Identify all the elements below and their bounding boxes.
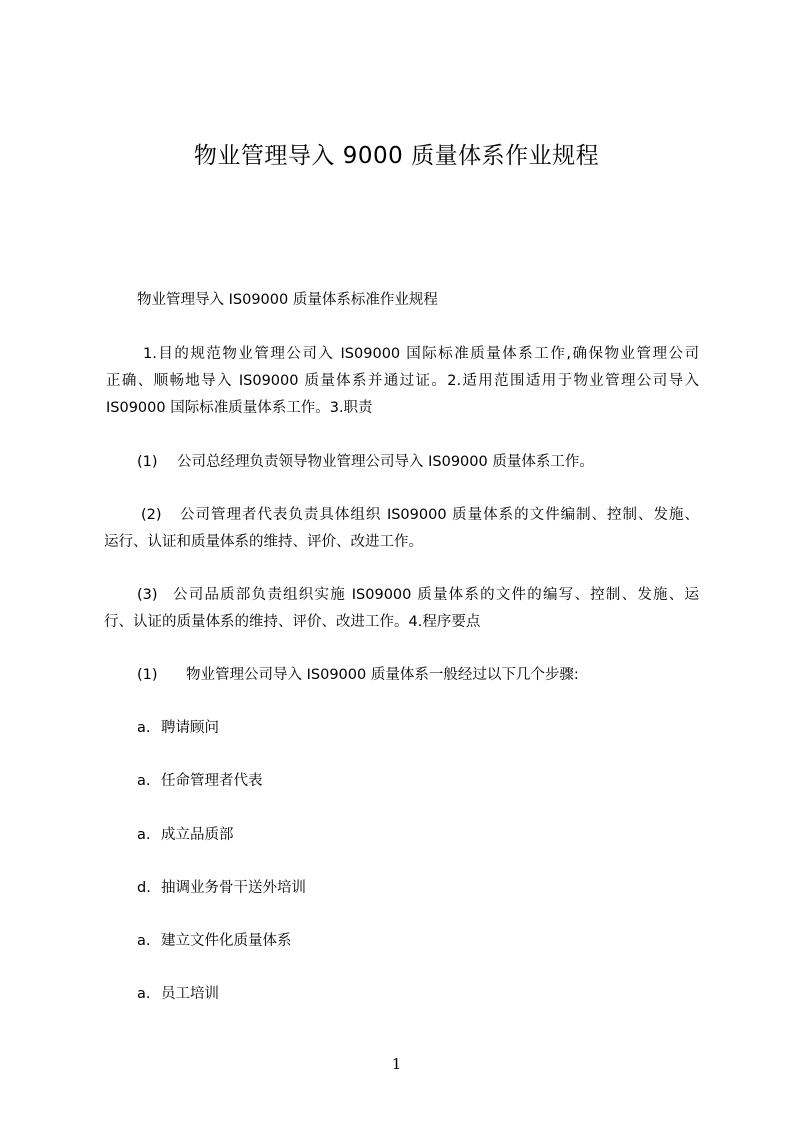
paragraph-line: IS09000 国际标准质量体系工作。3.职责	[106, 398, 373, 418]
paragraph-line: 物业管理公司导入 IS09000 质量体系一般经过以下几个步骤:	[186, 665, 579, 685]
list-marker: (1)	[137, 665, 158, 685]
list-marker: (3)	[137, 585, 158, 605]
list-item-text: 聘请顾问	[161, 718, 219, 738]
list-item-text: 员工培训	[161, 984, 219, 1004]
document-page: 物业管理导入 9000 质量体系作业规程 物业管理导入 IS09000 质量体系…	[0, 0, 793, 1122]
paragraph-line: 公司品质部负责组织实施 IS09000 质量体系的文件的编写、控制、发施、运	[173, 585, 699, 605]
page-number: 1	[0, 1054, 793, 1074]
list-marker: a.	[137, 825, 151, 845]
paragraph-line: 行、认证的质量体系的维持、评价、改进工作。4.程序要点	[104, 612, 480, 632]
list-marker: (1)	[137, 452, 158, 472]
document-title: 物业管理导入 9000 质量体系作业规程	[0, 140, 793, 172]
list-item-text: 成立品质部	[161, 825, 234, 845]
list-marker: a.	[137, 931, 151, 951]
paragraph-line: 公司管理者代表负责具体组织 IS09000 质量体系的文件编制、控制、发施、	[180, 505, 699, 525]
paragraph-line: 运行、认证和质量体系的维持、评价、改进工作。	[104, 532, 423, 552]
list-marker: a.	[137, 718, 151, 738]
list-item-text: 任命管理者代表	[161, 771, 263, 791]
list-item-text: 建立文件化质量体系	[161, 931, 292, 951]
paragraph-line: 正确、顺畅地导入 IS09000 质量体系并通过证。2.适用范围适用于物业管理公…	[106, 371, 699, 391]
list-marker: a.	[137, 984, 151, 1004]
list-marker: d.	[137, 878, 151, 898]
document-subtitle: 物业管理导入 IS09000 质量体系标准作业规程	[137, 290, 438, 310]
list-item-text: 抽调业务骨干送外培训	[161, 878, 306, 898]
paragraph-line: 1.目的规范物业管理公司入 IS09000 国际标准质量体系工作,确保物业管理公…	[143, 344, 699, 364]
list-marker: (2)	[141, 505, 162, 525]
paragraph-line: 公司总经理负责领导物业管理公司导入 IS09000 质量体系工作。	[177, 452, 594, 472]
list-marker: a.	[137, 771, 151, 791]
